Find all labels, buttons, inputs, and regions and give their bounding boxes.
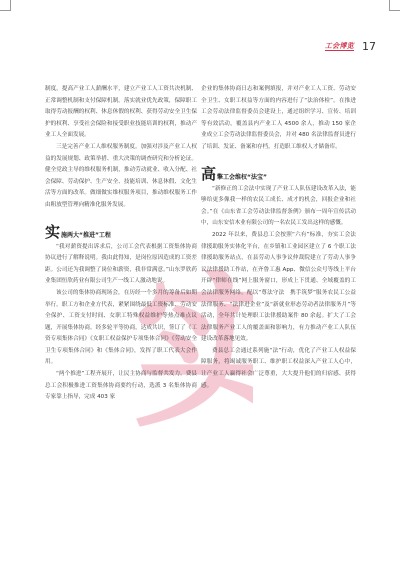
section-heading: 高 擎工会维权“法宝” <box>201 166 356 182</box>
paragraph: 2022 年以来，费县总工会按照“六有”标准，夯实工会法律援助服务实体化平台，在… <box>201 230 356 346</box>
section-heading-text: 擎工会维权“法宝” <box>217 174 267 182</box>
section-heading-initial: 高 <box>201 166 216 182</box>
paragraph: 制度。提高产业工人薪酬水平，建立产业工人工资共决机制、正常调整机制和支付保障机制… <box>45 84 197 142</box>
section-heading-text: 施两大“推进”工程 <box>61 232 111 240</box>
paragraph: “两个推进”工程齐展开，让民主协商与监督共发力。费县总工会积极推进工资集体协商要… <box>45 369 197 404</box>
section-heading: 实 施两大“推进”工程 <box>45 224 197 240</box>
paragraph: “我对薪资提出诉求后，公司工会代表根据工资集体协商协议进行了解释说明。我由此得知… <box>45 242 197 288</box>
magazine-name: 工会博览 <box>325 42 354 51</box>
crop-mark-top-left <box>0 0 11 11</box>
page-header: 工会博览 17 <box>325 40 376 53</box>
paragraph: “新修正的工会法中实现了产业工人队伍建设改革入法，能够给更多像我一样的农民工成长… <box>201 184 356 230</box>
paragraph: 该公司的集体协商现场会，在历经一个多月的筹备后如期举行。职工方和企业方代表，紧紧… <box>45 288 197 369</box>
section-heading-initial: 实 <box>45 224 60 240</box>
paragraph: 三是完善产业工人维权服务制度。加强对涉及产业工人权益的发展规划、政策举措、重大决… <box>45 142 197 212</box>
right-column: 企业的集体协商日志和案例填报，并对产业工人工资、劳动安全卫生、女职工权益等方面的… <box>201 84 356 392</box>
paragraph: 费县总工会通过系列施“法”行动，优化了产业工人权益保障服务，将竭诚服务职工、维护… <box>201 346 356 392</box>
left-column: 制度。提高产业工人薪酬水平，建立产业工人工资共决机制、正常调整机制和支付保障机制… <box>45 84 197 404</box>
crop-mark-top-right <box>389 0 400 11</box>
paragraph: 企业的集体协商日志和案例填报，并对产业工人工资、劳动安全卫生、女职工权益等方面的… <box>201 84 356 154</box>
page-number: 17 <box>362 40 376 53</box>
